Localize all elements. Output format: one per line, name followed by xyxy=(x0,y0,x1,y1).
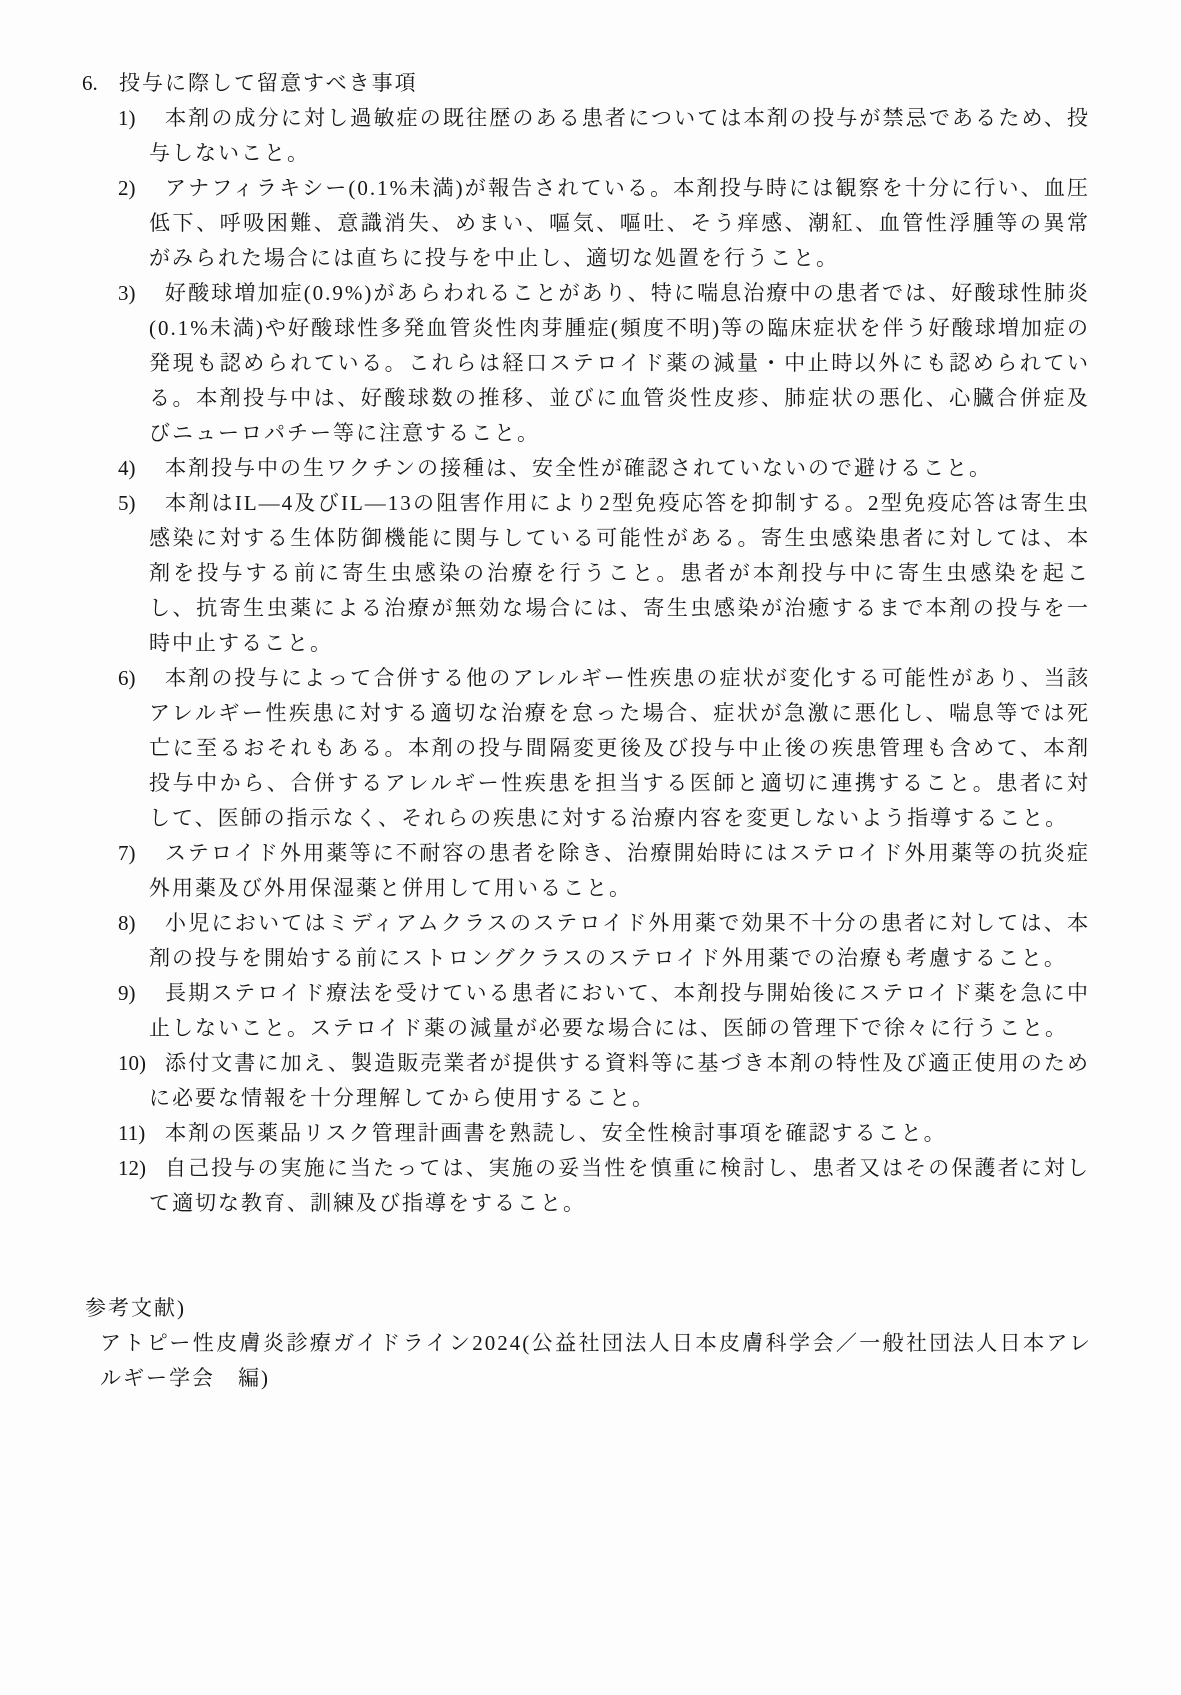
item-number: 6) xyxy=(118,661,162,696)
item-text: 本剤の投与によって合併する他のアレルギー性疾患の症状が変化する可能性があり、当該… xyxy=(149,666,1090,830)
list-item-10: 10)添付文書に加え、製造販売業者が提供する資料等に基づき本剤の特性及び適正使用… xyxy=(149,1046,1090,1116)
list-item-11: 11)本剤の医薬品リスク管理計画書を熟読し、安全性検討事項を確認すること。 xyxy=(149,1116,1090,1151)
item-text: 添付文書に加え、製造販売業者が提供する資料等に基づき本剤の特性及び適正使用のため… xyxy=(149,1051,1090,1110)
list-item-3: 3)好酸球増加症(0.9%)があらわれることがあり、特に喘息治療中の患者では、好… xyxy=(149,276,1090,451)
item-number: 10) xyxy=(118,1046,162,1081)
item-number: 9) xyxy=(118,976,162,1011)
section-content: 6.投与に際して留意すべき事項 1)本剤の成分に対し過敏症の既往歴のある患者につ… xyxy=(0,66,1090,1221)
item-text: 小児においてはミディアムクラスのステロイド外用薬で効果不十分の患者に対しては、本… xyxy=(149,911,1090,970)
precaution-list: 1)本剤の成分に対し過敏症の既往歴のある患者については本剤の投与が禁忌であるため… xyxy=(0,101,1090,1221)
section-number: 6. xyxy=(82,66,119,101)
item-text: ステロイド外用薬等に不耐容の患者を除き、治療開始時にはステロイド外用薬等の抗炎症… xyxy=(149,841,1090,900)
list-item-1: 1)本剤の成分に対し過敏症の既往歴のある患者については本剤の投与が禁忌であるため… xyxy=(149,101,1090,171)
section-heading: 6.投与に際して留意すべき事項 xyxy=(82,66,1090,101)
item-number: 11) xyxy=(118,1116,162,1151)
item-number: 5) xyxy=(118,486,162,521)
list-item-8: 8)小児においてはミディアムクラスのステロイド外用薬で効果不十分の患者に対しては… xyxy=(149,906,1090,976)
item-number: 12) xyxy=(118,1151,162,1186)
list-item-9: 9)長期ステロイド療法を受けている患者において、本剤投与開始後にステロイド薬を急… xyxy=(149,976,1090,1046)
item-text: 長期ステロイド療法を受けている患者において、本剤投与開始後にステロイド薬を急に中… xyxy=(149,981,1090,1040)
item-number: 4) xyxy=(118,451,162,486)
list-item-5: 5)本剤はIL—4及びIL—13の阻害作用により2型免疫応答を抑制する。2型免疫… xyxy=(149,486,1090,661)
document-page: 6.投与に際して留意すべき事項 1)本剤の成分に対し過敏症の既往歴のある患者につ… xyxy=(0,0,1181,1695)
item-text: 本剤投与中の生ワクチンの接種は、安全性が確認されていないので避けること。 xyxy=(165,456,992,480)
item-number: 1) xyxy=(118,101,162,136)
references-section: 参考文献) アトピー性皮膚炎診療ガイドライン2024(公益社団法人日本皮膚科学会… xyxy=(85,1291,1092,1396)
item-number: 2) xyxy=(118,171,162,206)
list-item-4: 4)本剤投与中の生ワクチンの接種は、安全性が確認されていないので避けること。 xyxy=(149,451,1090,486)
item-text: 自己投与の実施に当たっては、実施の妥当性を慎重に検討し、患者又はその保護者に対し… xyxy=(149,1156,1090,1215)
item-text: 本剤の医薬品リスク管理計画書を熟読し、安全性検討事項を確認すること。 xyxy=(165,1121,947,1145)
item-number: 8) xyxy=(118,906,162,941)
item-text: 好酸球増加症(0.9%)があらわれることがあり、特に喘息治療中の患者では、好酸球… xyxy=(149,281,1090,445)
item-number: 3) xyxy=(118,276,162,311)
list-item-12: 12)自己投与の実施に当たっては、実施の妥当性を慎重に検討し、患者又はその保護者… xyxy=(149,1151,1090,1221)
list-item-2: 2)アナフィラキシー(0.1%未満)が報告されている。本剤投与時には観察を十分に… xyxy=(149,171,1090,276)
item-text: 本剤の成分に対し過敏症の既往歴のある患者については本剤の投与が禁忌であるため、投… xyxy=(149,106,1090,165)
list-item-7: 7)ステロイド外用薬等に不耐容の患者を除き、治療開始時にはステロイド外用薬等の抗… xyxy=(149,836,1090,906)
references-label: 参考文献) xyxy=(85,1291,1092,1326)
section-title: 投与に際して留意すべき事項 xyxy=(119,71,418,95)
list-item-6: 6)本剤の投与によって合併する他のアレルギー性疾患の症状が変化する可能性があり、… xyxy=(149,661,1090,836)
item-text: 本剤はIL—4及びIL—13の阻害作用により2型免疫応答を抑制する。2型免疫応答… xyxy=(149,491,1090,655)
item-text: アナフィラキシー(0.1%未満)が報告されている。本剤投与時には観察を十分に行い… xyxy=(149,176,1090,270)
item-number: 7) xyxy=(118,836,162,871)
reference-entry: アトピー性皮膚炎診療ガイドライン2024(公益社団法人日本皮膚科学会／一般社団法… xyxy=(100,1326,1092,1396)
